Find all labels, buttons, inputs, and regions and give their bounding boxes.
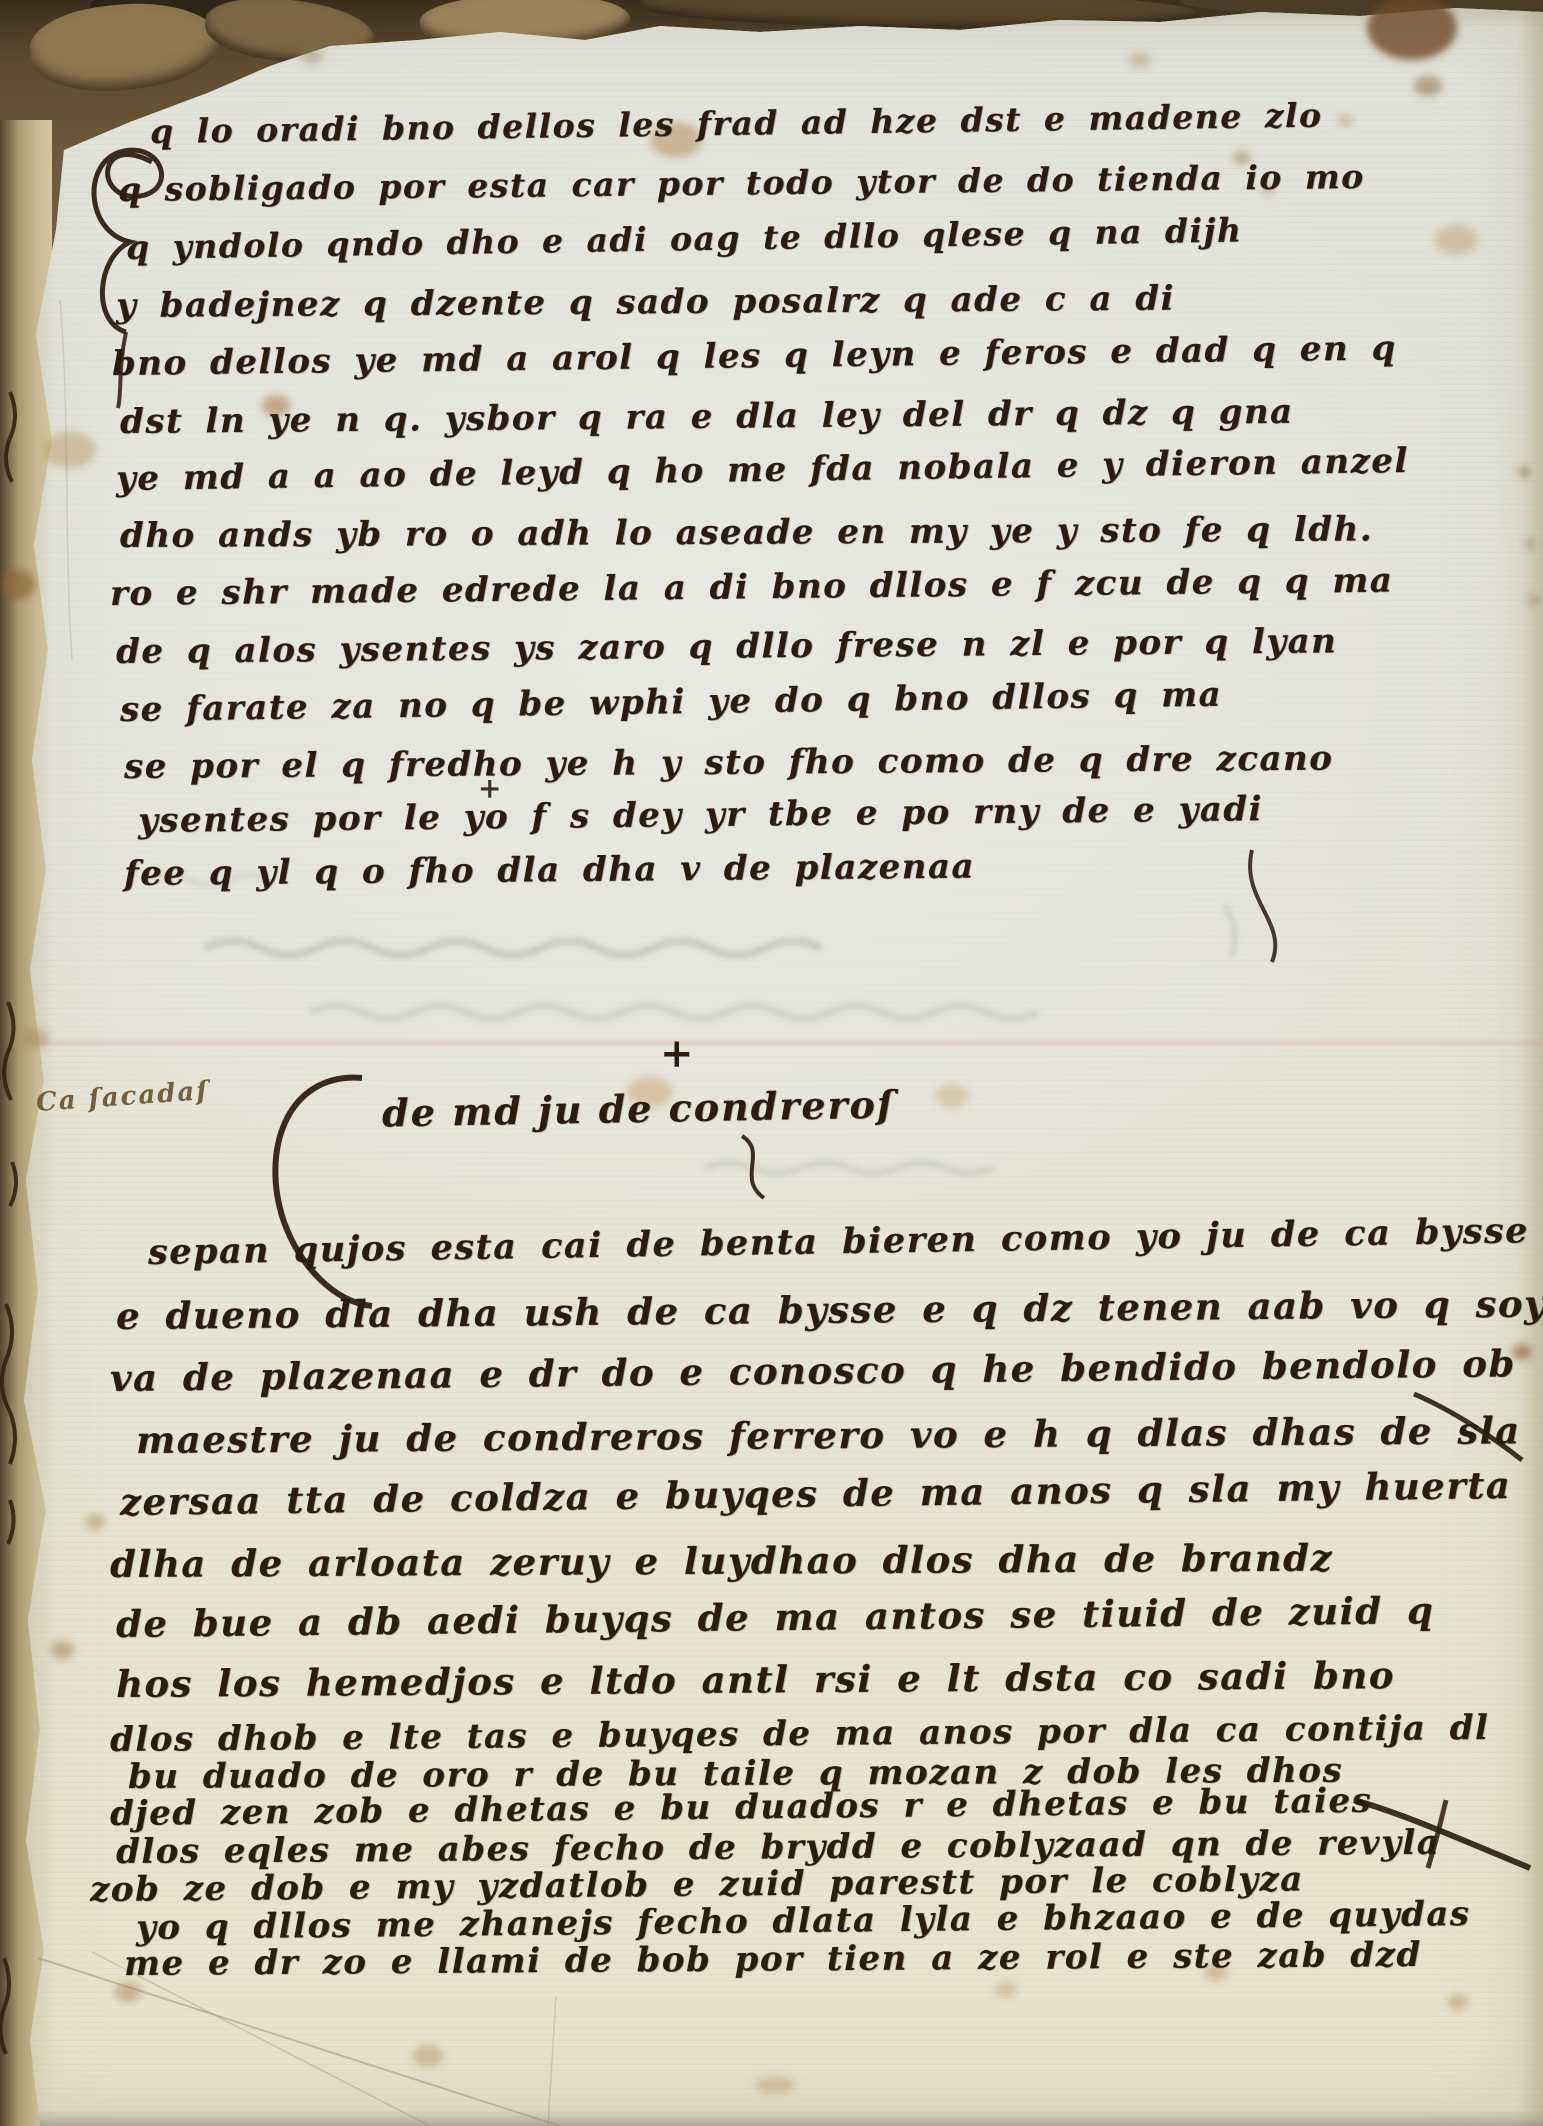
manuscript-line: fee q yl q o fho dla dha v de plazenaa (124, 847, 975, 894)
manuscript-photo: q lo oradi bno dellos les frad ad hze ds… (0, 0, 1543, 2126)
heading-cross-mark: + (660, 1030, 694, 1077)
section-heading: de md ju de condreroſ (382, 1082, 896, 1136)
manuscript-line: dho ands yb ro o adh lo aseade en my ye … (120, 509, 1373, 556)
manuscript-line: dlha de arloata zeruy e luydhao dlos dha… (110, 1536, 1333, 1586)
manuscript-line: se por el q fredho ye h y sto fho como d… (124, 739, 1334, 787)
scan-artifact-line (0, 1040, 1543, 1046)
manuscript-line: hos los hemedjos e ltdo antl rsi e lt ds… (116, 1653, 1395, 1706)
manuscript-line: y badejnez q dzente q sado posalrz q ade… (116, 279, 1175, 326)
small-cross-mark: + (478, 772, 501, 805)
